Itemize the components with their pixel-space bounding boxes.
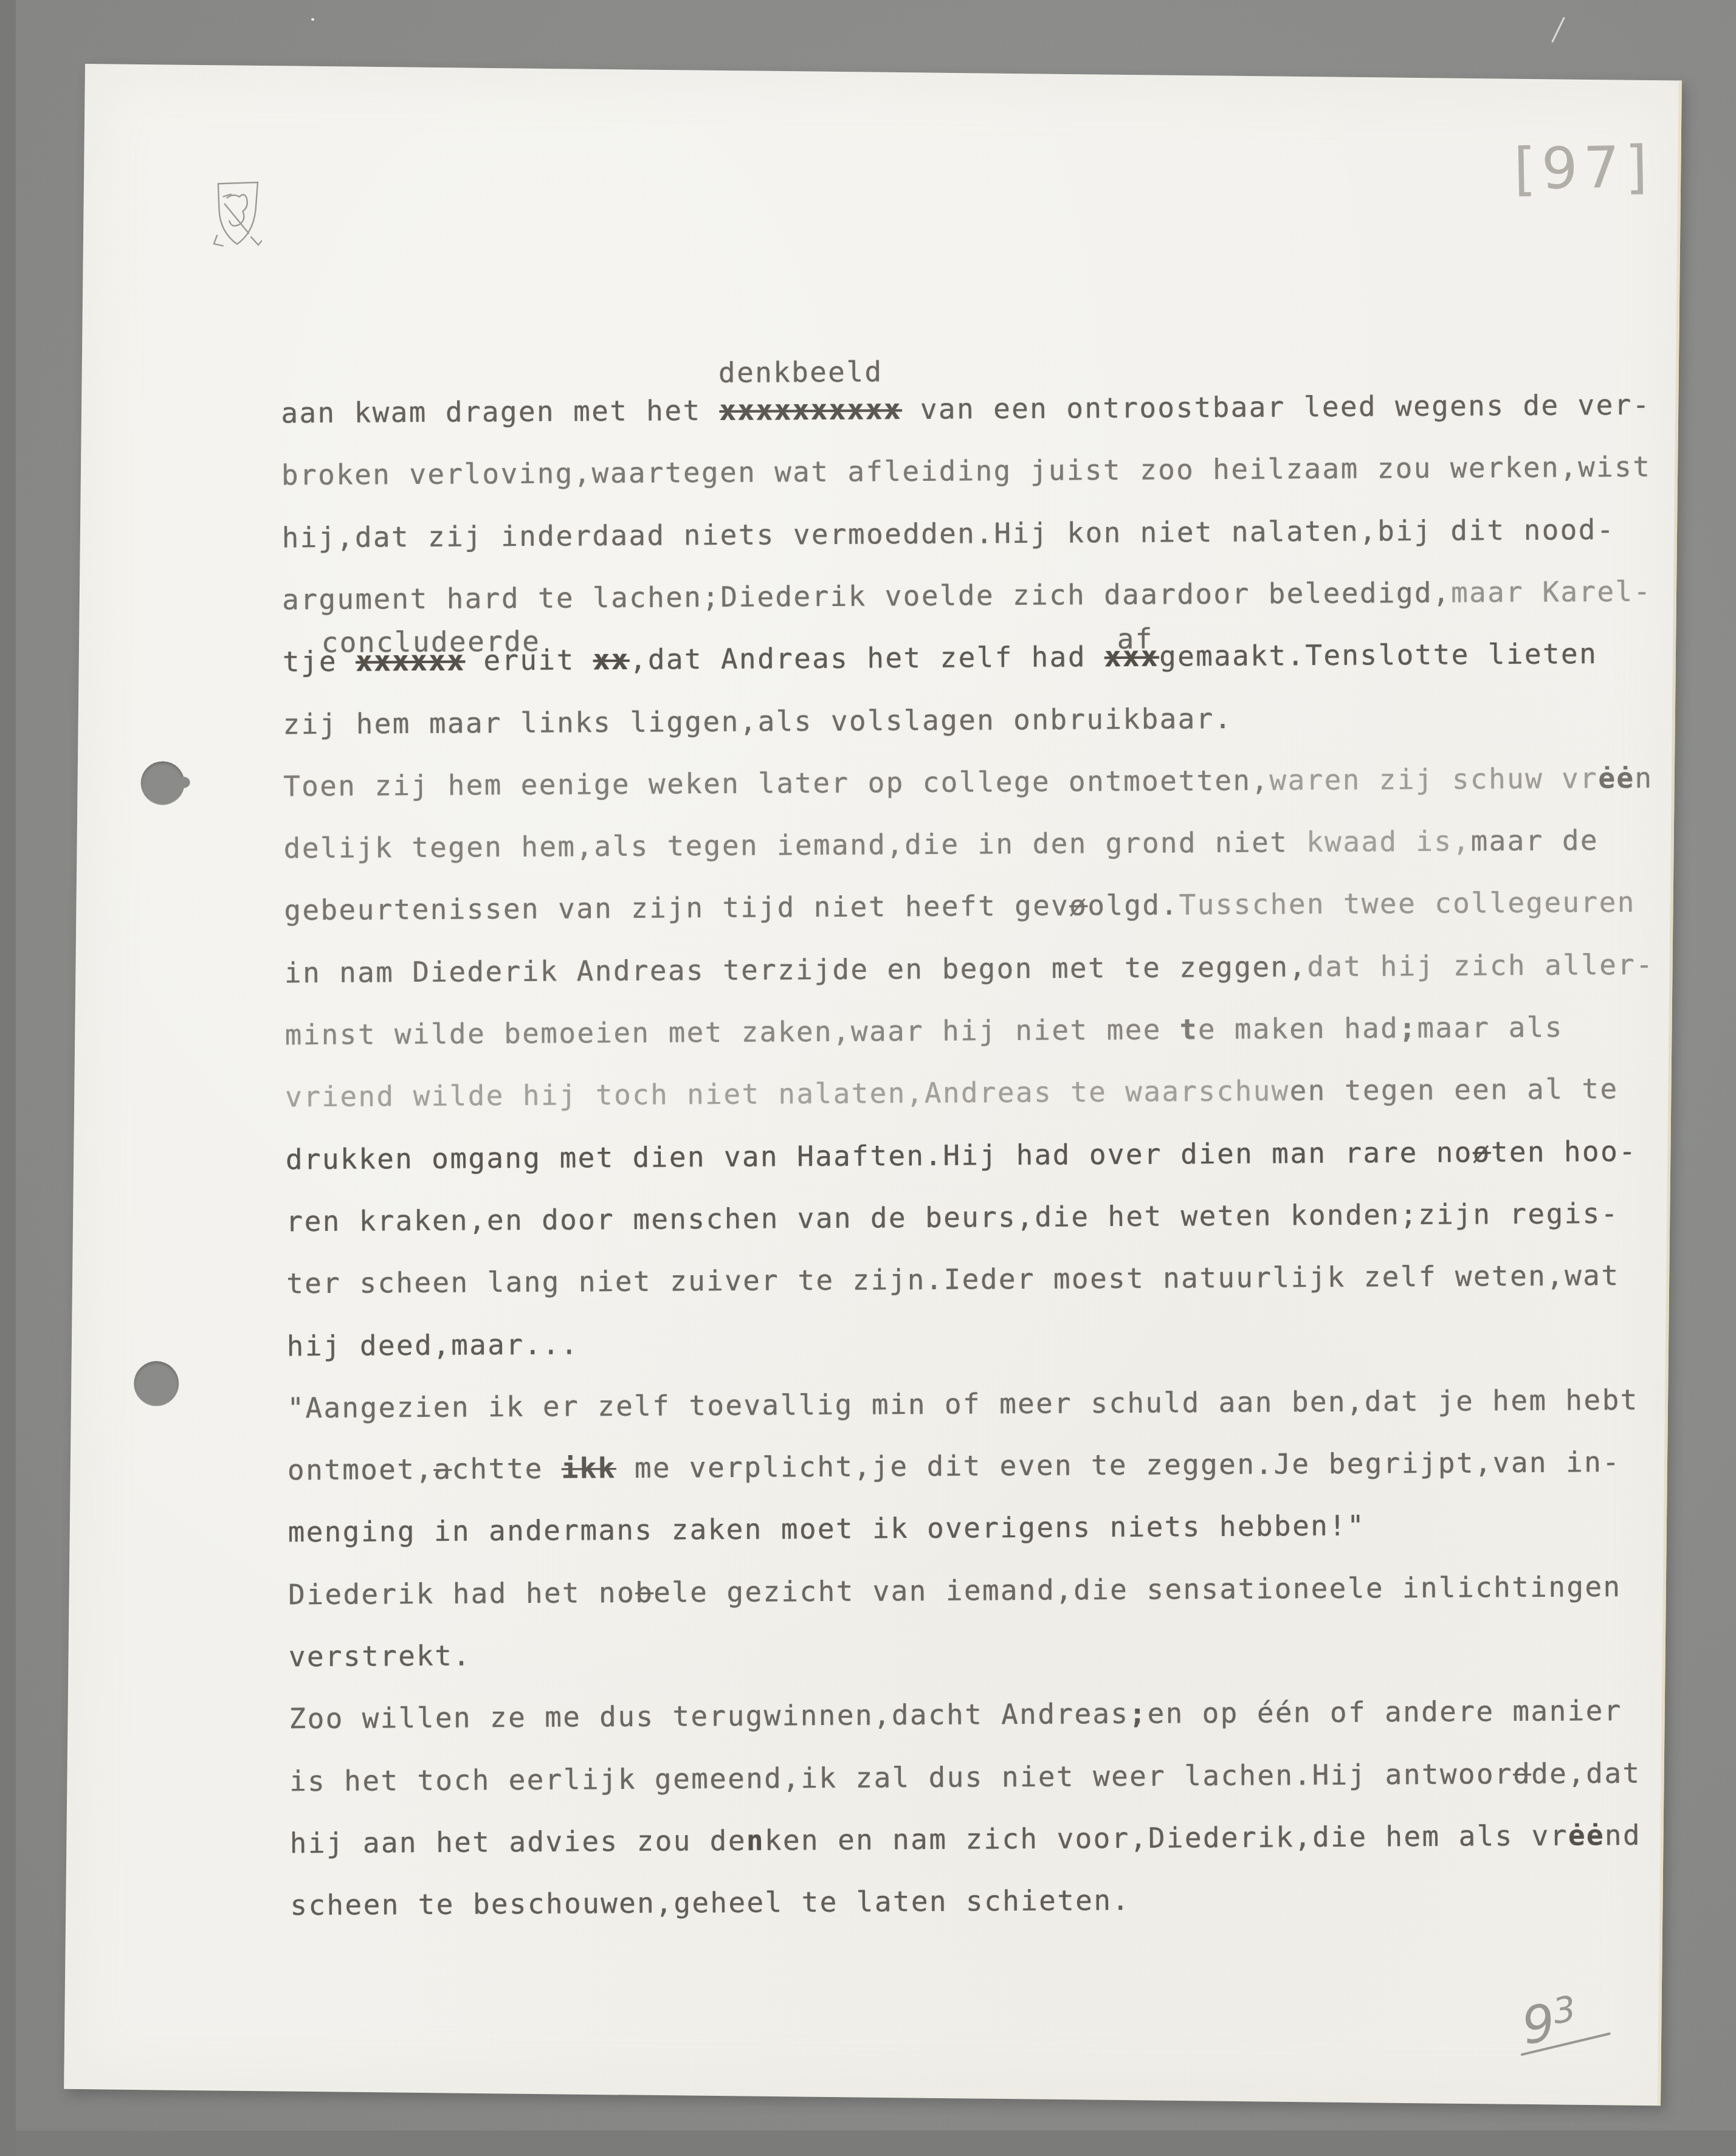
typed-line: gebeurtenissen van zijn tijd niet heeft …	[284, 888, 1636, 925]
inserted-word-concludeerde: concludeerde	[322, 627, 541, 656]
typed-line: in nam Diederik Andreas terzijde en bego…	[284, 951, 1655, 987]
punch-hole-top	[140, 761, 185, 805]
typed-line: verstrekt.	[289, 1642, 472, 1671]
shield-crest-stamp-icon	[212, 179, 263, 250]
inserted-word-af: af	[1117, 625, 1154, 653]
typed-line: vriend wilde hij toch niet nalaten,Andre…	[285, 1075, 1619, 1111]
typed-line: ter scheen lang niet zuiver te zijn.Iede…	[286, 1261, 1619, 1297]
typed-line: Toen zij hem eenige weken later op colle…	[283, 764, 1653, 801]
typed-line: scheen te beschouwen,geheel te laten sch…	[290, 1886, 1130, 1919]
page-number-annotation-top: [97]	[1513, 134, 1653, 203]
typed-line: argument hard te lachen;Diederik voelde …	[282, 577, 1652, 614]
scratch-mark	[1551, 17, 1565, 43]
typed-line: ren kraken,en door menschen van de beurs…	[286, 1199, 1619, 1235]
typed-line: is het toch eerlijk gemeend,ik zal dus n…	[289, 1759, 1641, 1796]
typed-line: drukken omgang met dien van Haaften.Hij …	[286, 1137, 1638, 1174]
typed-line: hij deed,maar...	[287, 1330, 579, 1360]
punch-hole-tear	[177, 777, 190, 788]
page-number-top-text: [97]	[1513, 134, 1653, 203]
typed-line: hij,dat zij inderdaad niets vermoedden.H…	[281, 515, 1614, 551]
punch-hole-bottom	[134, 1361, 179, 1407]
typed-line: hij aan het advies zou denken en nam zic…	[290, 1821, 1642, 1858]
typed-line: Diederik had het nobele gezicht van iema…	[288, 1572, 1621, 1608]
typed-text-block: aan kwam dragen met het xxxxxxxxxx van e…	[281, 390, 1676, 1991]
typed-line: zij hem maar links liggen,als volslagen …	[283, 704, 1233, 739]
typed-line: minst wilde bemoeien met zaken,waar hij …	[284, 1013, 1563, 1049]
page-number-annotation-bottom: 93	[1518, 1989, 1582, 2056]
typed-line: aan kwam dragen met het xxxxxxxxxx van e…	[281, 391, 1651, 427]
typed-line: Zoo willen ze me dus terugwinnen,dacht A…	[289, 1696, 1622, 1732]
typed-line: broken verloving,waartegen wat afleiding…	[281, 453, 1652, 489]
scanner-background: [97] aan kwam dragen met het xxxxxxxxxx …	[0, 0, 1736, 2156]
typed-line: ontmoet,achtte ikk me verplicht,je dit e…	[288, 1448, 1621, 1484]
typed-line: delijk tegen hem,als tegen iemand,die in…	[284, 826, 1599, 862]
dust-speck	[311, 18, 314, 21]
typed-line: menging in andermans zaken moet ik overi…	[288, 1512, 1365, 1546]
typed-line: "Aangezien ik er zelf toevallig min of m…	[287, 1386, 1639, 1422]
manuscript-page: [97] aan kwam dragen met het xxxxxxxxxx …	[64, 64, 1682, 2106]
inserted-word-denkbeeld: denkbeeld	[718, 357, 883, 387]
